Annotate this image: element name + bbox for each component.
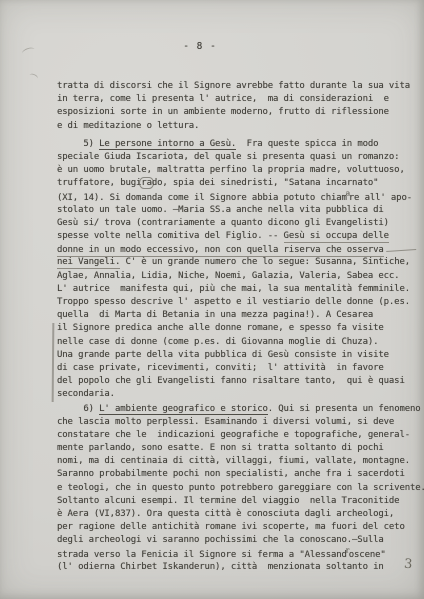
- text-segment: 6): [57, 404, 99, 414]
- text-segment: e teologi, che in questo punto potrebber…: [57, 483, 424, 493]
- typewritten-text: tratta di discorsi che il Signore avrebb…: [57, 80, 415, 574]
- text-segment-pencil: Gesù si occupa delle: [284, 231, 389, 243]
- text-segment-sup: r: [346, 543, 350, 556]
- text-segment: tratta di discorsi che il Signore avrebb…: [57, 81, 410, 91]
- text-line: il Signore predica anche alle donne roma…: [57, 322, 415, 335]
- text-line: Gesù si/ trova (contrariamente a quanto …: [57, 217, 415, 230]
- text-segment: mente parlando, sono esatte. E non si tr…: [57, 443, 384, 453]
- text-segment: Una grande parte della vita pubblica di …: [57, 350, 389, 360]
- text-line: (XI, 14). Si domanda come il Signore abb…: [57, 191, 415, 204]
- text-segment: del popolo che gli Evangelisti fanno ris…: [57, 376, 405, 386]
- text-segment: per ragione delle antichità romane ivi s…: [57, 522, 405, 532]
- text-line: Saranno probabilmente pochi non speciali…: [57, 468, 415, 481]
- text-segment-pencil: donne in un modo eccessivo, non con quel…: [57, 245, 384, 257]
- text-line: e di meditazione o lettura.: [57, 120, 415, 133]
- text-segment: quella di Marta di Betania in una mezza …: [57, 310, 373, 320]
- text-segment: speciale Giuda Iscariota, del quale si p…: [57, 152, 399, 162]
- text-segment: C' è un grande numero che lo segue: Susa…: [120, 257, 410, 267]
- pencil-scribble-icon: [28, 72, 39, 81]
- text-segment: è Aera (VI,837). Ora questa città è cono…: [57, 509, 394, 519]
- text-line: è Aera (VI,837). Ora questa città è cono…: [57, 508, 415, 521]
- scanned-page: - 8 - tratta di discorsi che il Signore …: [0, 0, 424, 599]
- text-segment: do, spia dei sinedristi, "Satana incarna…: [152, 178, 379, 188]
- text-segment: nomi, ma di centinaia di città, villaggi…: [57, 456, 410, 466]
- text-segment: Gesù si/ trova (contrariamente a quanto …: [57, 218, 389, 228]
- text-line: e teologi, che in questo punto potrebber…: [57, 482, 415, 495]
- text-line: L' autrice manifesta qui, più che mai, l…: [57, 283, 415, 296]
- text-line: che lascia molto perplessi. Esaminando i…: [57, 416, 415, 429]
- text-segment: degli archeologi vi saranno pochissimi c…: [57, 535, 384, 545]
- text-segment: Saranno probabilmente pochi non speciali…: [57, 469, 405, 479]
- text-segment: di case private, ricevimenti, conviti; l…: [57, 363, 384, 373]
- text-line: strada verso la Fenicia il Signore si fe…: [57, 548, 415, 561]
- text-line: 6) L' ambiente geografico e storico. Qui…: [57, 403, 415, 416]
- paragraph: tratta di discorsi che il Signore avrebb…: [57, 80, 415, 133]
- text-segment: e di meditazione o lettura.: [57, 121, 199, 131]
- text-line: tratta di discorsi che il Signore avrebb…: [57, 80, 415, 93]
- text-segment: nelle case di donne (come p.es. di Giova…: [57, 337, 378, 347]
- text-line: constatare che le indicazioni geografich…: [57, 429, 415, 442]
- text-segment: 5): [57, 139, 99, 149]
- text-line: esposizioni sorte in un ambiente moderno…: [57, 106, 415, 119]
- text-segment: Aglae, Annalia, Lidia, Niche, Noemi, Gal…: [57, 271, 399, 281]
- text-line: Troppo spesso descrive l' aspetto e il v…: [57, 296, 415, 309]
- text-line: nelle case di donne (come p.es. di Giova…: [57, 336, 415, 349]
- text-segment: spesse volte nella comitiva del Figlio. …: [57, 231, 284, 241]
- text-line: speciale Giuda Iscariota, del quale si p…: [57, 151, 415, 164]
- text-line: nei Vangeli. C' è un grande numero che l…: [57, 256, 415, 269]
- text-segment: Fra queste spicca in modo: [236, 139, 378, 149]
- text-line: Soltanto alcuni esempi. Il termine del v…: [57, 495, 415, 508]
- text-segment: stolato un tale uomo. —Maria SS.a anche …: [57, 205, 384, 215]
- text-line: nomi, ma di centinaia di città, villaggi…: [57, 455, 415, 468]
- text-segment: . Qui si presenta un fenomeno: [268, 404, 421, 414]
- text-segment: il Signore predica anche alle donne roma…: [57, 323, 384, 333]
- text-line: stolato un tale uomo. —Maria SS.a anche …: [57, 204, 415, 217]
- text-segment: in terra, come li presenta l' autrice, m…: [57, 94, 389, 104]
- text-segment: re all' apo-: [349, 193, 412, 203]
- text-line: quella di Marta di Betania in una mezza …: [57, 309, 415, 322]
- text-segment: constatare che le indicazioni geografich…: [57, 430, 410, 440]
- text-segment: esposizioni sorte in un ambiente moderno…: [57, 107, 389, 117]
- paragraph: 5) Le persone intorno a Gesù. Fra queste…: [57, 138, 415, 402]
- text-segment-sup: a: [346, 186, 350, 199]
- text-line: secondaria.: [57, 388, 415, 401]
- text-segment: che lascia molto perplessi. Esaminando i…: [57, 417, 394, 427]
- text-segment: (XI, 14). Si domanda come il Signore abb…: [57, 193, 347, 203]
- paragraph: 6) L' ambiente geografico e storico. Qui…: [57, 403, 415, 574]
- text-segment-pencil: nei Vangeli.: [57, 257, 120, 269]
- text-line: (l' odierna Chirbet Iskanderun), città m…: [57, 561, 415, 574]
- text-segment: (l' odierna Chirbet Iskanderun), città m…: [57, 562, 384, 572]
- text-line: spesse volte nella comitiva del Figlio. …: [57, 230, 415, 243]
- text-segment-typed-u: L' ambiente geografico e storico: [99, 404, 268, 416]
- text-line: mente parlando, sono esatte. E non si tr…: [57, 442, 415, 455]
- text-line: di case private, ricevimenti, conviti; l…: [57, 362, 415, 375]
- text-segment-tail: [385, 241, 416, 252]
- text-segment: Troppo spesso descrive l' aspetto e il v…: [57, 297, 410, 307]
- text-line: in terra, come li presenta l' autrice, m…: [57, 93, 415, 106]
- text-line: Una grande parte della vita pubblica di …: [57, 349, 415, 362]
- text-line: 5) Le persone intorno a Gesù. Fra queste…: [57, 138, 415, 151]
- text-segment: è un uomo brutale, maltratta perfino la …: [57, 165, 405, 175]
- text-line: è un uomo brutale, maltratta perfino la …: [57, 164, 415, 177]
- text-line: per ragione delle antichità romane ivi s…: [57, 521, 415, 534]
- text-segment: L' autrice manifesta qui, più che mai, l…: [57, 284, 410, 294]
- text-line: donne in un modo eccessivo, non con quel…: [57, 243, 415, 256]
- text-line: truffatore, bugirado, spia dei sinedrist…: [57, 177, 415, 190]
- text-segment: oscene": [349, 550, 386, 560]
- text-segment-typed-u: Le persone intorno a Gesù.: [99, 139, 236, 151]
- text-segment: secondaria.: [57, 389, 115, 399]
- pencil-margin-line: [52, 323, 54, 402]
- handwritten-note: 3: [403, 557, 413, 573]
- page-number-header: - 8 -: [0, 41, 400, 52]
- text-line: degli archeologi vi saranno pochissimi c…: [57, 534, 415, 547]
- text-segment: truffatore, bugi: [57, 178, 141, 188]
- text-segment: Soltanto alcuni esempi. Il termine del v…: [57, 496, 399, 506]
- text-segment: strada verso la Fenicia il Signore si fe…: [57, 550, 347, 560]
- text-line: Aglae, Annalia, Lidia, Niche, Noemi, Gal…: [57, 270, 415, 283]
- text-line: del popolo che gli Evangelisti fanno ris…: [57, 375, 415, 388]
